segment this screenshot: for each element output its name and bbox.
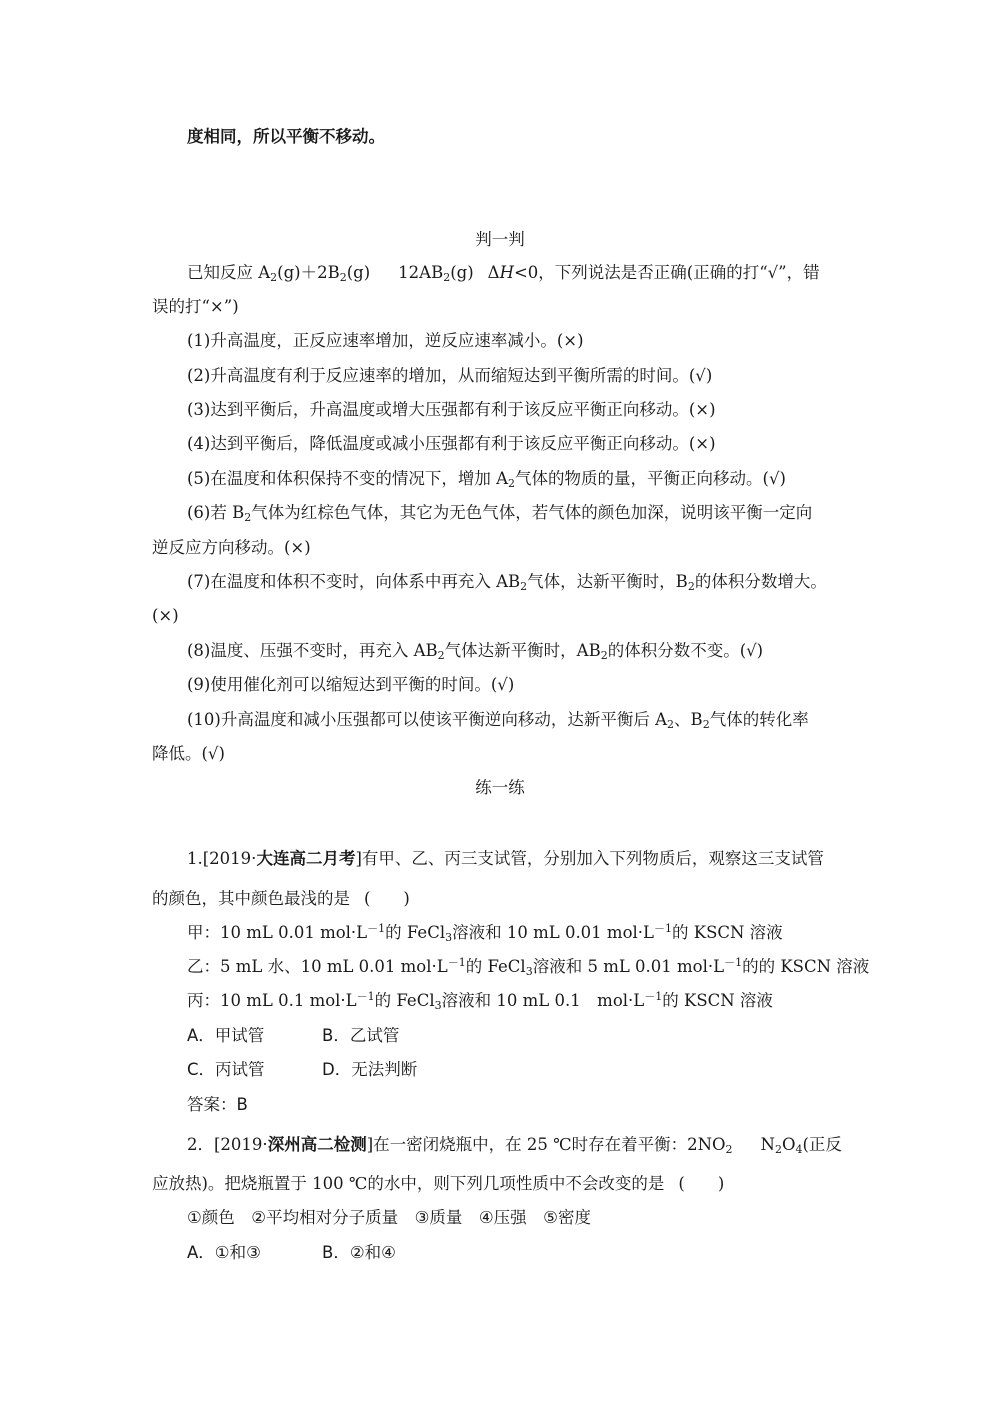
judge-item-9: (9)使用催化剂可以缩短达到平衡的时间。(√) <box>187 674 887 696</box>
verdict-wrong: (×) <box>689 434 716 453</box>
question-2-properties: ①颜色 ②平均相对分子质量 ③质量 ④压强 ⑤密度 <box>187 1207 887 1229</box>
judge-item-10-line2: 降低。(√) <box>152 743 852 765</box>
question-1-stem: 1.[2019·大连高二月考]有甲、乙、丙三支试管，分别加入下列物质后，观察这三… <box>187 848 887 870</box>
tube-yi: 乙：5 mL 水、10 mL 0.01 mol·L－1的 FeCl3溶液和 5 … <box>187 956 887 978</box>
option-a: A．甲试管 <box>187 1025 322 1047</box>
question-2-options-row1: A．①和③B．②和④ <box>187 1242 887 1264</box>
question-2-stem: 2．[2019·深州高二检测]在一密闭烧瓶中，在 25 ℃时存在着平衡：2NO2… <box>187 1134 887 1156</box>
verdict-correct: (√) <box>202 744 225 763</box>
option-c: C．丙试管 <box>187 1059 322 1081</box>
answer-blank: ( ) <box>678 1174 724 1193</box>
document-page: 度相同，所以平衡不移动。 判一判 已知反应 A2(g)＋2B2(g)12AB2(… <box>0 0 1000 1414</box>
judge-item-4: (4)达到平衡后，降低温度或减小压强都有利于该反应平衡正向移动。(×) <box>187 433 887 455</box>
practice-section-title: 练一练 <box>0 777 1000 799</box>
verdict-wrong: (×) <box>689 400 716 419</box>
judge-item-8: (8)温度、压强不变时，再充入 AB2气体达新平衡时，AB2的体积分数不变。(√… <box>187 640 887 662</box>
verdict-wrong: (×) <box>557 331 584 350</box>
option-d: D．无法判断 <box>322 1059 457 1081</box>
intro-continuation: 度相同，所以平衡不移动。 <box>187 126 887 148</box>
judge-premise-line2: 误的打“×”) <box>152 296 852 318</box>
option-b: B．②和④ <box>322 1242 457 1264</box>
premise-suffix: ，下列说法是否正确(正确的打“√”，错 <box>538 263 819 282</box>
question-1-source: 大连高二月考 <box>256 849 355 868</box>
tube-jia: 甲：10 mL 0.01 mol·L－1的 FeCl3溶液和 10 mL 0.0… <box>187 922 887 944</box>
verdict-wrong: (×) <box>284 538 311 557</box>
option-b: B．乙试管 <box>322 1025 457 1047</box>
reaction-product: 12AB2(g) <box>398 263 473 282</box>
judge-item-6-line2: 逆反应方向移动。(×) <box>152 537 852 559</box>
delta-h: ΔH<0 <box>488 263 539 282</box>
judge-item-5: (5)在温度和体积保持不变的情况下，增加 A2气体的物质的量，平衡正向移动。(√… <box>187 468 887 490</box>
verdict-correct: (√) <box>740 641 763 660</box>
judge-item-10: (10)升高温度和减小压强都可以使该平衡逆向移动，达新平衡后 A2、B2气体的转… <box>187 709 887 731</box>
answer-value: B <box>237 1095 248 1114</box>
judge-item-6: (6)若 B2气体为红棕色气体，其它为无色气体，若气体的颜色加深，说明该平衡一定… <box>187 502 887 524</box>
judge-section-title: 判一判 <box>0 229 1000 251</box>
question-1-stem-line2: 的颜色，其中颜色最浅的是( ) <box>152 888 852 910</box>
verdict-correct: (√) <box>689 366 712 385</box>
reaction-formula: A2(g)＋2B2(g) <box>258 263 370 282</box>
judge-item-1: (1)升高温度，正反应速率增加，逆反应速率减小。(×) <box>187 330 887 352</box>
option-a: A．①和③ <box>187 1242 322 1264</box>
verdict-correct: (√) <box>491 675 514 694</box>
answer-blank: ( ) <box>364 889 410 908</box>
question-1-options-row1: A．甲试管B．乙试管 <box>187 1025 887 1047</box>
premise-prefix: 已知反应 <box>187 263 258 282</box>
question-1-answer: 答案：B <box>187 1094 887 1116</box>
question-2-stem-line2: 应放热)。把烧瓶置于 100 ℃的水中，则下列几项性质中不会改变的是( ) <box>152 1173 852 1195</box>
judge-item-3: (3)达到平衡后，升高温度或增大压强都有利于该反应平衡正向移动。(×) <box>187 399 887 421</box>
verdict-correct: (√) <box>763 469 786 488</box>
judge-premise-line1: 已知反应 A2(g)＋2B2(g)12AB2(g)ΔH<0，下列说法是否正确(正… <box>187 262 887 284</box>
question-2-source: 深州高二检测 <box>268 1135 367 1154</box>
judge-item-2: (2)升高温度有利于反应速率的增加，从而缩短达到平衡所需的时间。(√) <box>187 365 887 387</box>
judge-item-7: (7)在温度和体积不变时，向体系中再充入 AB2气体，达新平衡时，B2的体积分数… <box>187 571 887 593</box>
tube-bing: 丙：10 mL 0.1 mol·L－1的 FeCl3溶液和 10 mL 0.1 … <box>187 990 887 1012</box>
question-1-options-row2: C．丙试管D．无法判断 <box>187 1059 887 1081</box>
judge-item-7-verdict: (×) <box>152 605 852 627</box>
